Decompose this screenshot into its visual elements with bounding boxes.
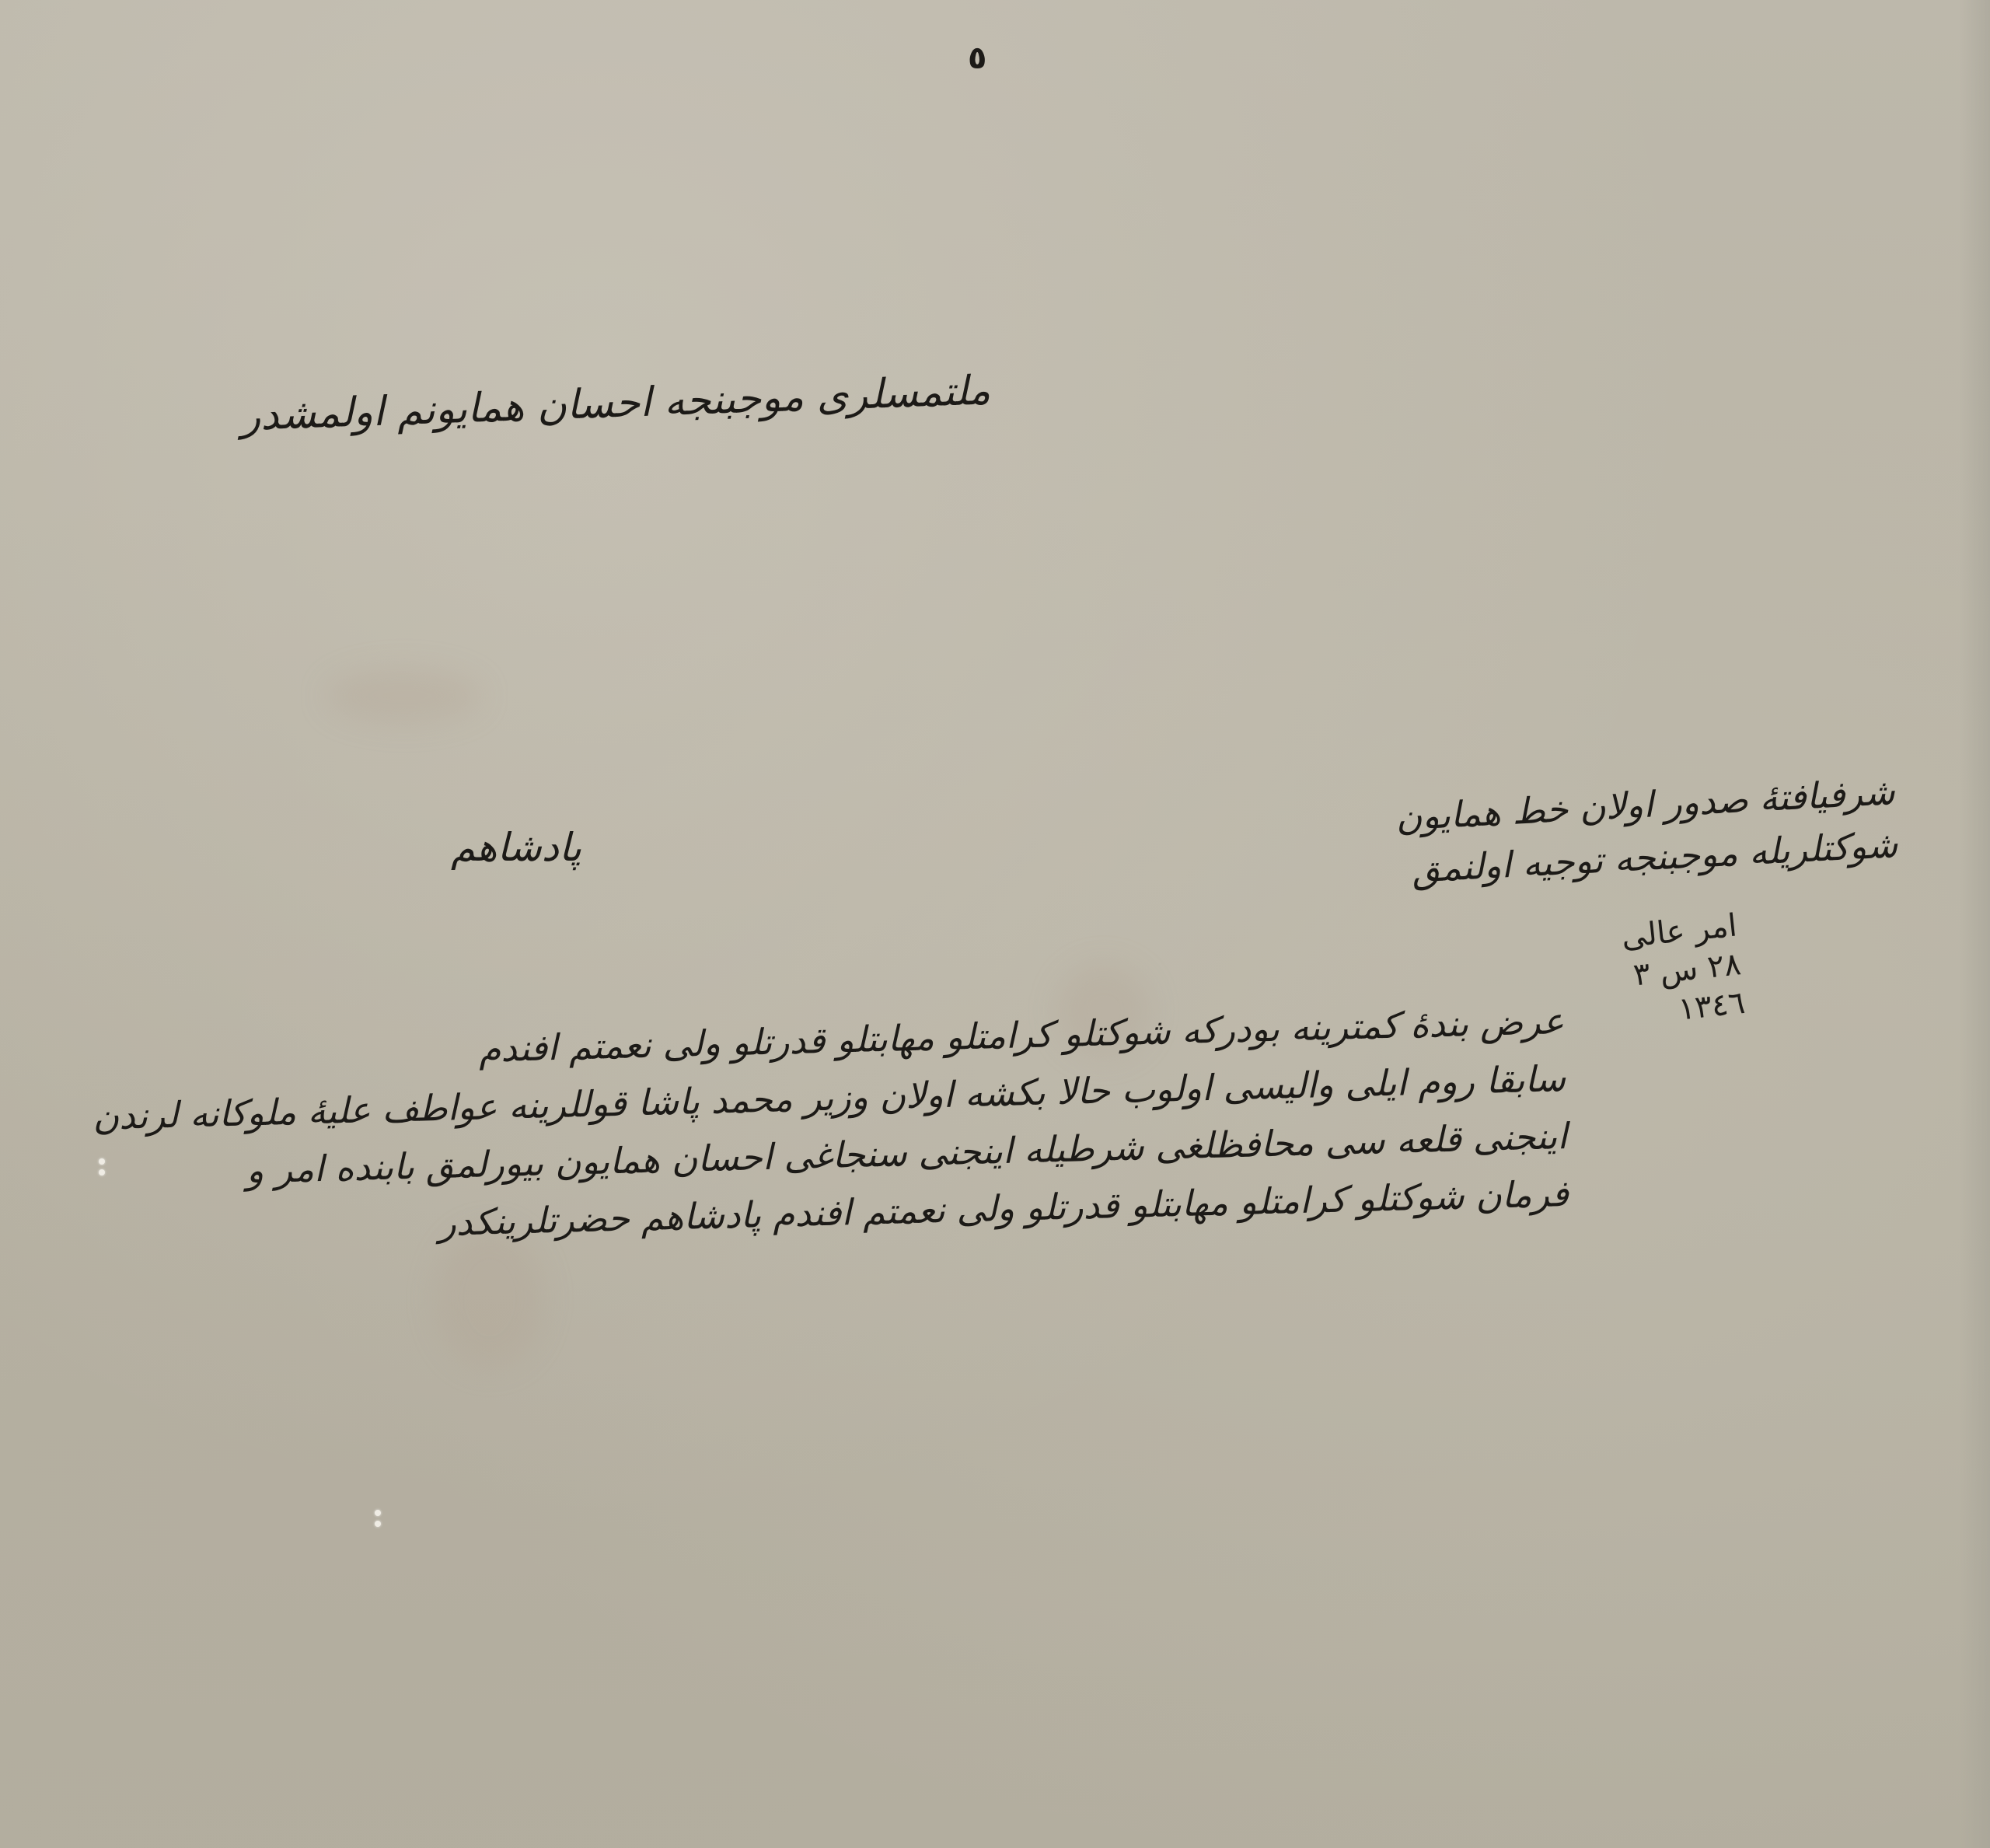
page-number: ٥	[968, 43, 986, 74]
salutation: پادشاهم	[451, 828, 581, 867]
margin-holes	[375, 1510, 381, 1532]
petition-body: عرض بندهٔ کمترینه بودرکه شوکتلو کرامتلو …	[90, 1003, 1569, 1272]
date-year: ١٣٤٦	[1629, 987, 1747, 1030]
hole-dot	[99, 1158, 105, 1165]
paper-stain	[326, 669, 482, 723]
date-day-month: ٢٨ س ٣	[1624, 948, 1742, 991]
summary-line: شوکتلریله موجبنجه توجیه اولنمق	[1398, 826, 1898, 889]
margin-holes	[99, 1158, 105, 1180]
date-block: امر عالی ٢٨ س ٣ ١٣٤٦	[1620, 910, 1747, 1038]
hole-dot	[99, 1169, 105, 1176]
binding-edge	[1959, 0, 1990, 1848]
hole-dot	[375, 1510, 381, 1516]
hole-dot	[375, 1521, 381, 1527]
